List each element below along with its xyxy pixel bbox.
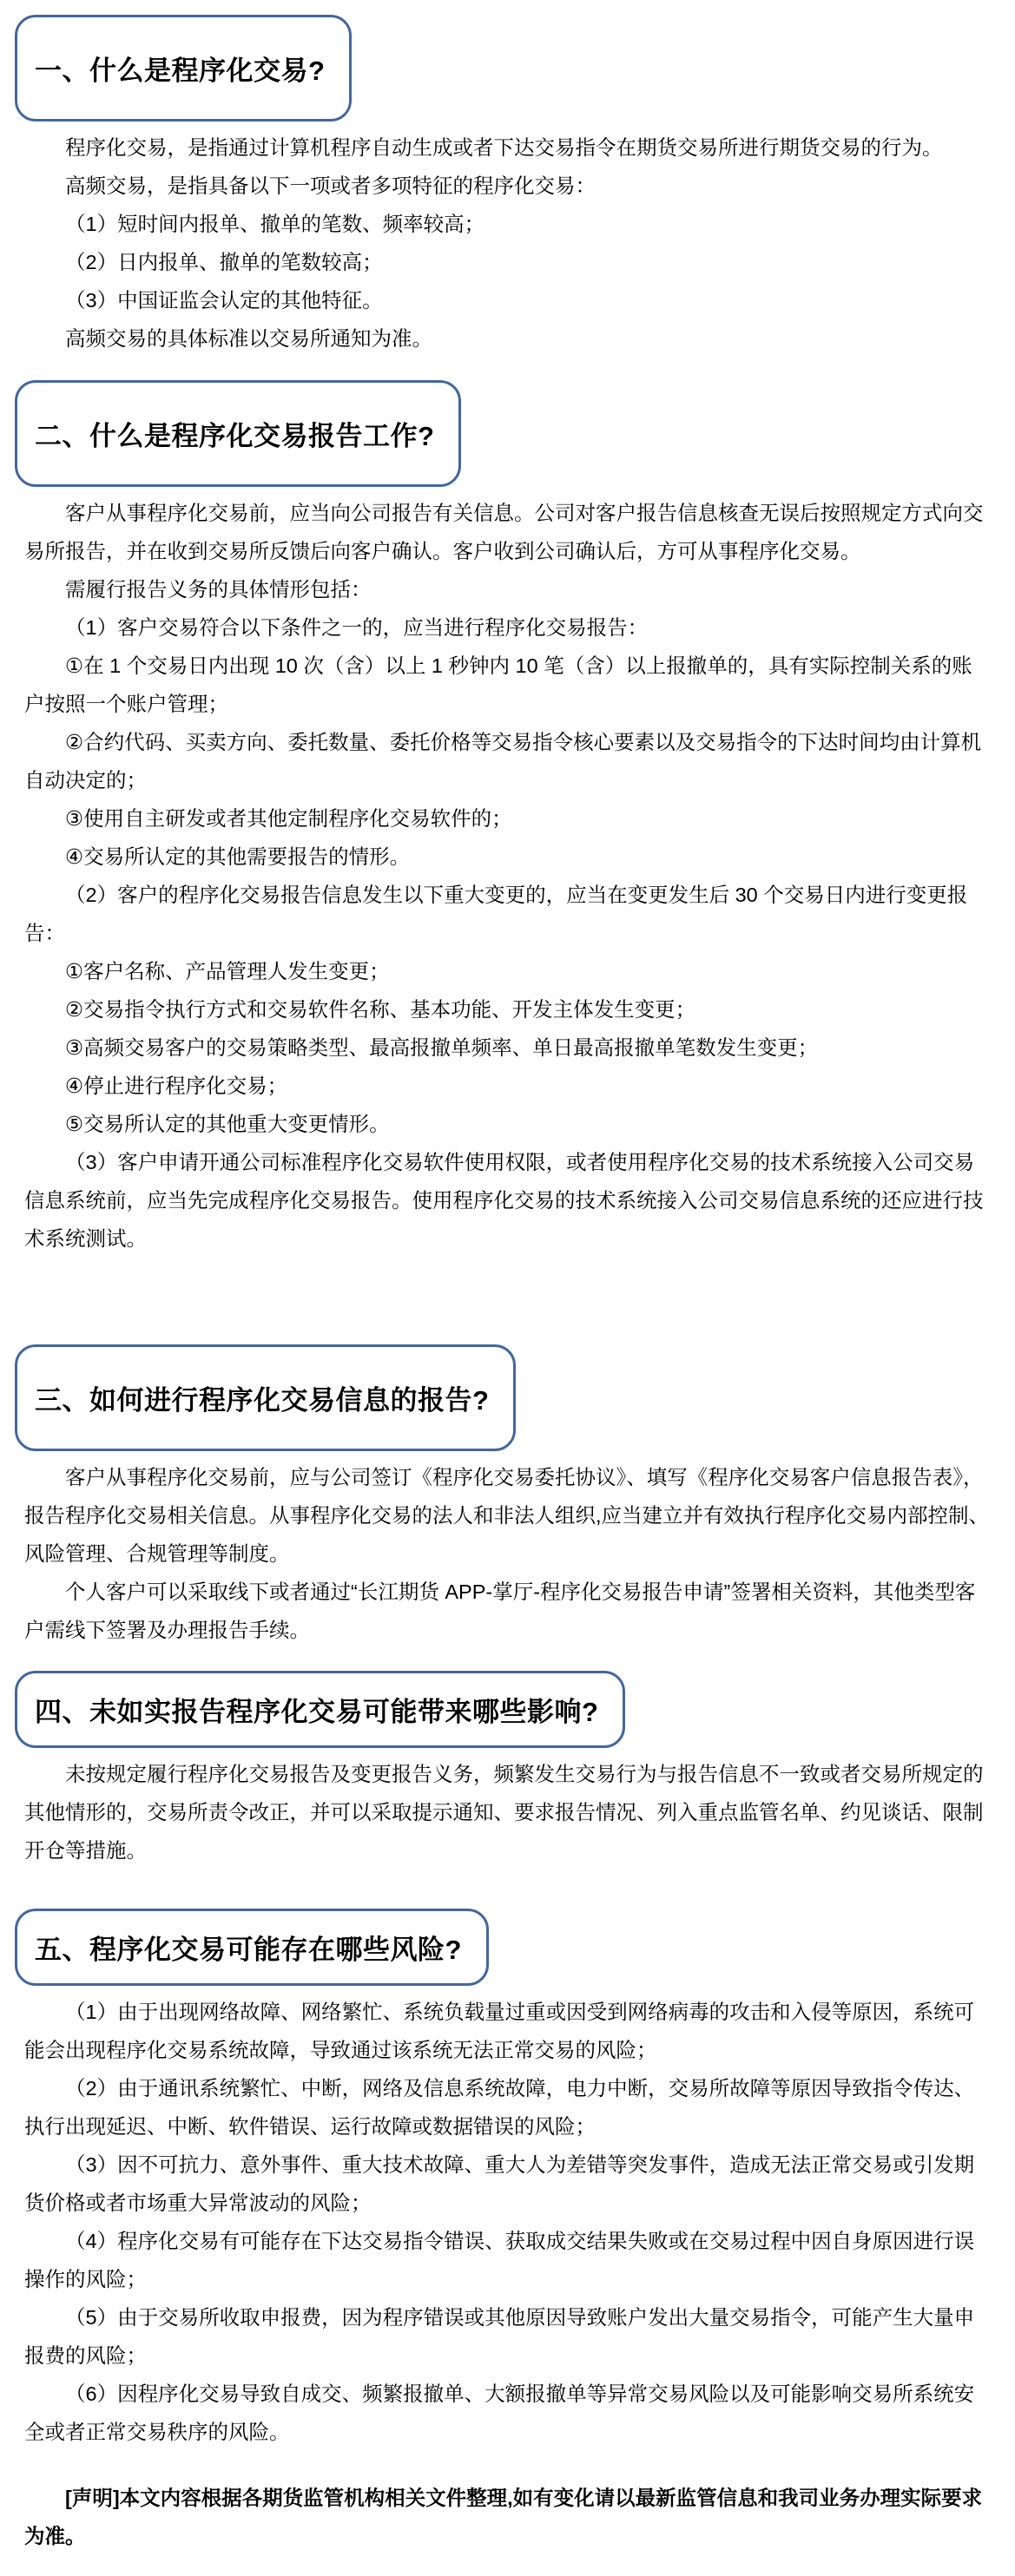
paragraph: （3）因不可抗力、意外事件、重大技术故障、重大人为差错等突发事件，造成无法正常交… (24, 2146, 990, 2222)
paragraph: 客户从事程序化交易前，应当向公司报告有关信息。公司对客户报告信息核查无误后按照规… (24, 494, 990, 570)
paragraph: （4）程序化交易有可能存在下达交易指令错误、获取成交结果失败或在交易过程中因自身… (24, 2222, 990, 2298)
section-title: 三、如何进行程序化交易信息的报告? (35, 1385, 489, 1416)
paragraph: （2）由于通讯系统繁忙、中断，网络及信息系统故障，电力中断，交易所故障等原因导致… (24, 2069, 990, 2146)
paragraph: ⑤交易所认定的其他重大变更情形。 (24, 1105, 990, 1143)
section-title-box: 三、如何进行程序化交易信息的报告? (15, 1344, 516, 1451)
paragraph: ④交易所认定的其他需要报告的情形。 (24, 838, 990, 876)
paragraph: （2）客户的程序化交易报告信息发生以下重大变更的，应当在变更发生后 30 个交易… (24, 876, 990, 952)
section-title: 一、什么是程序化交易? (35, 56, 325, 86)
section: 四、未如实报告程序化交易可能带来哪些影响? 未按规定履行程序化交易报告及变更报告… (15, 1671, 990, 1870)
paragraph: 需履行报告义务的具体情形包括： (24, 570, 990, 608)
paragraph: 客户从事程序化交易前，应与公司签订《程序化交易委托协议》、填写《程序化交易客户信… (24, 1458, 990, 1573)
paragraph: ①客户名称、产品管理人发生变更； (24, 952, 990, 990)
disclaimer: [声明]本文内容根据各期货监管机构相关文件整理,如有变化请以最新监管信息和我司业… (15, 2479, 990, 2555)
section-body: 未按规定履行程序化交易报告及变更报告义务，频繁发生交易行为与报告信息不一致或者交… (15, 1755, 990, 1870)
paragraph: （6）因程序化交易导致自成交、频繁报撤单、大额报撤单等异常交易风险以及可能影响交… (24, 2375, 990, 2451)
paragraph: （1）短时间内报单、撤单的笔数、频率较高； (24, 205, 990, 243)
paragraph: 未按规定履行程序化交易报告及变更报告义务，频繁发生交易行为与报告信息不一致或者交… (24, 1755, 990, 1870)
section-title-box: 四、未如实报告程序化交易可能带来哪些影响? (15, 1671, 625, 1748)
section-title-box: 二、什么是程序化交易报告工作? (15, 380, 461, 487)
section-body: 客户从事程序化交易前，应与公司签订《程序化交易委托协议》、填写《程序化交易客户信… (15, 1458, 990, 1649)
document: 一、什么是程序化交易? 程序化交易，是指通过计算机程序自动生成或者下达交易指令在… (0, 0, 1015, 2576)
paragraph: （3）客户申请开通公司标准程序化交易软件使用权限，或者使用程序化交易的技术系统接… (24, 1143, 990, 1258)
paragraph: （2）日内报单、撤单的笔数较高； (24, 243, 990, 281)
paragraph: ②合约代码、买卖方向、委托数量、委托价格等交易指令核心要素以及交易指令的下达时间… (24, 723, 990, 799)
paragraph: ①在 1 个交易日内出现 10 次（含）以上 1 秒钟内 10 笔（含）以上报撤… (24, 647, 990, 723)
section-title-box: 一、什么是程序化交易? (15, 15, 352, 122)
section-body: 客户从事程序化交易前，应当向公司报告有关信息。公司对客户报告信息核查无误后按照规… (15, 494, 990, 1258)
paragraph: （1）由于出现网络故障、网络繁忙、系统负载量过重或因受到网络病毒的攻击和入侵等原… (24, 1993, 990, 2069)
section: 三、如何进行程序化交易信息的报告? 客户从事程序化交易前，应与公司签订《程序化交… (15, 1344, 990, 1649)
section: 二、什么是程序化交易报告工作? 客户从事程序化交易前，应当向公司报告有关信息。公… (15, 380, 990, 1258)
paragraph: （5）由于交易所收取申报费，因为程序错误或其他原因导致账户发出大量交易指令，可能… (24, 2298, 990, 2375)
sections-container: 一、什么是程序化交易? 程序化交易，是指通过计算机程序自动生成或者下达交易指令在… (15, 15, 990, 2451)
paragraph: 程序化交易，是指通过计算机程序自动生成或者下达交易指令在期货交易所进行期货交易的… (24, 128, 990, 167)
section-body: （1）由于出现网络故障、网络繁忙、系统负载量过重或因受到网络病毒的攻击和入侵等原… (15, 1993, 990, 2451)
paragraph: ④停止进行程序化交易； (24, 1067, 990, 1105)
paragraph: （1）客户交易符合以下条件之一的，应当进行程序化交易报告： (24, 608, 990, 647)
paragraph: 高频交易的具体标准以交易所通知为准。 (24, 319, 990, 358)
section: 五、程序化交易可能存在哪些风险? （1）由于出现网络故障、网络繁忙、系统负载量过… (15, 1909, 990, 2451)
section-title-box: 五、程序化交易可能存在哪些风险? (15, 1909, 489, 1986)
paragraph: 高频交易，是指具备以下一项或者多项特征的程序化交易： (24, 167, 990, 205)
section-title: 二、什么是程序化交易报告工作? (35, 421, 434, 451)
section-body: 程序化交易，是指通过计算机程序自动生成或者下达交易指令在期货交易所进行期货交易的… (15, 128, 990, 358)
section-title: 五、程序化交易可能存在哪些风险? (35, 1935, 462, 1965)
paragraph: 个人客户可以采取线下或者通过“长江期货 APP-掌厅-程序化交易报告申请”签署相… (24, 1573, 990, 1649)
paragraph: （3）中国证监会认定的其他特征。 (24, 281, 990, 319)
section: 一、什么是程序化交易? 程序化交易，是指通过计算机程序自动生成或者下达交易指令在… (15, 15, 990, 358)
paragraph: ③使用自主研发或者其他定制程序化交易软件的； (24, 799, 990, 838)
paragraph: ②交易指令执行方式和交易软件名称、基本功能、开发主体发生变更； (24, 990, 990, 1028)
section-title: 四、未如实报告程序化交易可能带来哪些影响? (35, 1697, 598, 1727)
paragraph: ③高频交易客户的交易策略类型、最高报撤单频率、单日最高报撤单笔数发生变更； (24, 1028, 990, 1067)
